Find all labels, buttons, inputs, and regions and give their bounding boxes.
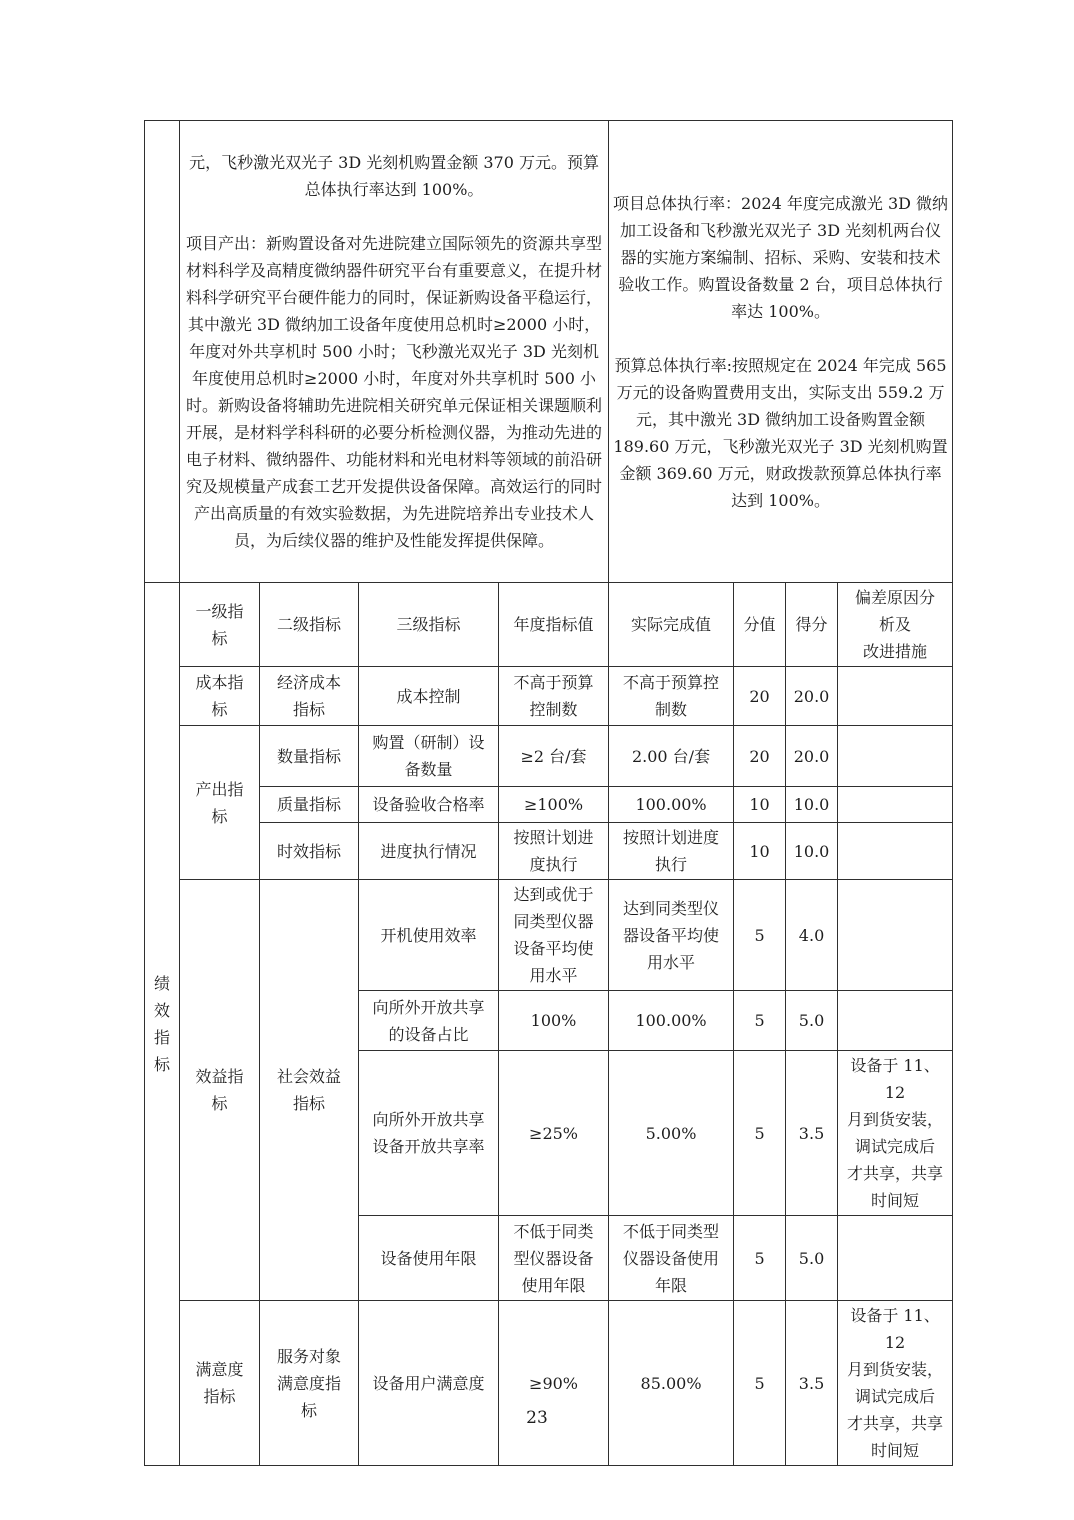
cell-l1-cost: 成本指 标 <box>180 667 260 726</box>
cell-score: 5 <box>734 991 786 1051</box>
table-row: 成本指 标 经济成本 指标 成本控制 不高于预算 控制数 不高于预算控 制数 2… <box>145 667 953 726</box>
cell-target: 达到或优于 同类型仪器 设备平均使 用水平 <box>499 880 609 991</box>
cell-actual: 达到同类型仪 器设备平均使 用水平 <box>609 880 734 991</box>
cell-l3-open-sharing-rate: 向所外开放共享 设备开放共享率 <box>359 1051 499 1216</box>
cell-l2-quality: 质量指标 <box>260 787 359 823</box>
cell-actual: 按照计划进度 执行 <box>609 823 734 880</box>
cell-score: 5 <box>734 1051 786 1216</box>
cell-l3-uptime-efficiency: 开机使用效率 <box>359 880 499 991</box>
cell-score: 5 <box>734 1301 786 1466</box>
cell-deviation <box>838 667 953 726</box>
col-header-level3: 三级指标 <box>359 583 499 667</box>
col-header-actual-value: 实际完成值 <box>609 583 734 667</box>
cell-score: 10 <box>734 823 786 880</box>
cell-score: 5 <box>734 1216 786 1301</box>
cell-l2-quantity: 数量指标 <box>260 726 359 787</box>
cell-l3-shared-equipment-ratio: 向所外开放共享 的设备占比 <box>359 991 499 1051</box>
cell-score: 20 <box>734 667 786 726</box>
cell-points: 20.0 <box>786 726 838 787</box>
cell-actual: 2.00 台/套 <box>609 726 734 787</box>
cell-l2-economic-cost: 经济成本 指标 <box>260 667 359 726</box>
summary-right-budget-execution: 预算总体执行率:按照规定在 2024 年完成 565 万元的设备购置费用支出，实… <box>613 352 948 514</box>
cell-actual: 85.00% <box>609 1301 734 1466</box>
col-header-points: 得分 <box>786 583 838 667</box>
cell-actual: 不低于同类型 仪器设备使用 年限 <box>609 1216 734 1301</box>
cell-deviation <box>838 823 953 880</box>
cell-score: 10 <box>734 787 786 823</box>
cell-l1-output: 产出指 标 <box>180 726 260 880</box>
cell-l3-acceptance-rate: 设备验收合格率 <box>359 787 499 823</box>
cell-deviation: 设备于 11、12 月到货安装， 调试完成后 才共享，共享 时间短 <box>838 1301 953 1466</box>
cell-target: ≥100% <box>499 787 609 823</box>
cell-points: 5.0 <box>786 1216 838 1301</box>
table-row: 质量指标 设备验收合格率 ≥100% 100.00% 10 10.0 <box>145 787 953 823</box>
cell-target: ≥2 台/套 <box>499 726 609 787</box>
summary-right-overall-execution: 项目总体执行率：2024 年度完成激光 3D 微纳加工设备和飞秒激光双光子 3D… <box>613 190 948 325</box>
cell-actual: 不高于预算控 制数 <box>609 667 734 726</box>
cell-l1-benefit: 效益指 标 <box>180 880 260 1301</box>
cell-points: 5.0 <box>786 991 838 1051</box>
cell-score: 20 <box>734 726 786 787</box>
cell-target: 100% <box>499 991 609 1051</box>
col-header-annual-target: 年度指标值 <box>499 583 609 667</box>
cell-points: 10.0 <box>786 823 838 880</box>
summary-row: 元，飞秒激光双光子 3D 光刻机购置金额 370 万元。预算总体执行率达到 10… <box>145 121 953 583</box>
cell-target: 不高于预算 控制数 <box>499 667 609 726</box>
cell-l3-service-life: 设备使用年限 <box>359 1216 499 1301</box>
cell-l1-satisfaction: 满意度 指标 <box>180 1301 260 1466</box>
indicator-header-row: 绩 效 指 标 一级指 标 二级指标 三级指标 年度指标值 实际完成值 分值 得… <box>145 583 953 667</box>
cell-deviation <box>838 1216 953 1301</box>
cell-target: 不低于同类 型仪器设备 使用年限 <box>499 1216 609 1301</box>
cell-points: 10.0 <box>786 787 838 823</box>
cell-l2-timeliness: 时效指标 <box>260 823 359 880</box>
page-number: 23 <box>0 1408 1074 1428</box>
table-row: 时效指标 进度执行情况 按照计划进 度执行 按照计划进度 执行 10 10.0 <box>145 823 953 880</box>
cell-target: 按照计划进 度执行 <box>499 823 609 880</box>
cell-points: 3.5 <box>786 1301 838 1466</box>
cell-l2-social-benefit: 社会效益 指标 <box>260 880 359 1301</box>
table-row: 效益指 标 社会效益 指标 开机使用效率 达到或优于 同类型仪器 设备平均使 用… <box>145 880 953 991</box>
summary-left-continuation: 元，飞秒激光双光子 3D 光刻机购置金额 370 万元。预算总体执行率达到 10… <box>184 149 604 203</box>
cell-points: 4.0 <box>786 880 838 991</box>
execution-rate-summary-cell: 项目总体执行率：2024 年度完成激光 3D 微纳加工设备和飞秒激光双光子 3D… <box>609 121 953 583</box>
cell-deviation <box>838 991 953 1051</box>
cell-score: 5 <box>734 880 786 991</box>
cell-l2-service-target-satisfaction: 服务对象 满意度指 标 <box>260 1301 359 1466</box>
col-header-deviation: 偏差原因分 析及 改进措施 <box>838 583 953 667</box>
cell-deviation <box>838 726 953 787</box>
cell-l3-cost-control: 成本控制 <box>359 667 499 726</box>
document-page: 元，飞秒激光双光子 3D 光刻机购置金额 370 万元。预算总体执行率达到 10… <box>0 0 1074 1520</box>
col-header-score: 分值 <box>734 583 786 667</box>
cell-actual: 5.00% <box>609 1051 734 1216</box>
cell-deviation <box>838 880 953 991</box>
cell-actual: 100.00% <box>609 991 734 1051</box>
table-row: 满意度 指标 服务对象 满意度指 标 设备用户满意度 ≥90% 85.00% 5… <box>145 1301 953 1466</box>
empty-left-gutter-cell <box>145 121 180 583</box>
table-row: 产出指 标 数量指标 购置（研制）设 备数量 ≥2 台/套 2.00 台/套 2… <box>145 726 953 787</box>
cell-l3-equipment-quantity: 购置（研制）设 备数量 <box>359 726 499 787</box>
cell-l3-progress-execution: 进度执行情况 <box>359 823 499 880</box>
project-output-summary-cell: 元，飞秒激光双光子 3D 光刻机购置金额 370 万元。预算总体执行率达到 10… <box>180 121 609 583</box>
col-header-level2: 二级指标 <box>260 583 359 667</box>
cell-deviation: 设备于 11、12 月到货安装， 调试完成后 才共享，共享 时间短 <box>838 1051 953 1216</box>
cell-points: 20.0 <box>786 667 838 726</box>
cell-target: ≥90% <box>499 1301 609 1466</box>
cell-actual: 100.00% <box>609 787 734 823</box>
cell-deviation <box>838 787 953 823</box>
performance-evaluation-table: 元，飞秒激光双光子 3D 光刻机购置金额 370 万元。预算总体执行率达到 10… <box>144 120 953 1466</box>
cell-target: ≥25% <box>499 1051 609 1216</box>
summary-left-project-output: 项目产出：新购置设备对先进院建立国际领先的资源共享型材料科学及高精度微纳器件研究… <box>184 230 604 554</box>
col-header-level1: 一级指 标 <box>180 583 260 667</box>
cell-l3-user-satisfaction: 设备用户满意度 <box>359 1301 499 1466</box>
group-label-performance-indicators: 绩 效 指 标 <box>145 583 180 1466</box>
cell-points: 3.5 <box>786 1051 838 1216</box>
